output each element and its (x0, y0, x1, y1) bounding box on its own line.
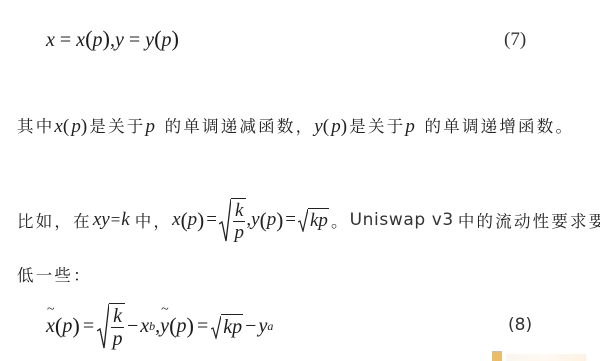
text: 比如，在 (17, 208, 92, 232)
radical-icon (219, 198, 231, 242)
paragraph-example: 比如，在 xy = k 中， x(p) = kp ,y(p) = kp 。 Un… (17, 198, 600, 242)
sqrt-fraction: kp (219, 198, 246, 242)
equals-sign: = (60, 29, 71, 51)
arg-p: p (62, 315, 72, 338)
func-y: y (145, 29, 154, 51)
func-y-tilde: y (160, 315, 169, 338)
equals-sign: = (111, 210, 121, 230)
arg-p: p (71, 116, 81, 137)
numerator: k (111, 306, 124, 328)
var-xy: xy (93, 209, 110, 231)
text: 是关于 (349, 117, 405, 136)
paragraph-lower: 低一些： (17, 262, 92, 286)
arg-p: p (331, 116, 341, 137)
var-k: k (121, 209, 129, 231)
text: 的单调递减函数， (165, 117, 315, 136)
arg-p: p (188, 209, 198, 231)
arg-p: p (162, 29, 172, 51)
radicand: kp (221, 314, 243, 339)
arg-p: p (93, 29, 103, 51)
arg-p: p (177, 315, 187, 338)
minus-sign: − (127, 315, 138, 338)
numerator: k (233, 201, 245, 222)
equation-number-7: (7) (504, 29, 526, 51)
func-x: x (172, 209, 180, 231)
var-y: y (115, 29, 124, 51)
text: 是关于 (89, 117, 145, 136)
equals-sign: = (285, 209, 296, 231)
var-x: x (140, 315, 149, 338)
equals-sign: = (197, 315, 208, 338)
text: 中， (135, 208, 172, 232)
var-p: p (405, 116, 417, 137)
denominator: p (111, 328, 124, 349)
func-y: y (314, 116, 322, 137)
watermark-logo-icon (492, 351, 502, 361)
func-y: y (251, 209, 259, 231)
radicand: kp (308, 208, 329, 232)
sqrt-fraction: kp (97, 303, 125, 349)
equation-7: x = x(p),y = y(p) (46, 26, 179, 52)
minus-sign: − (245, 315, 256, 338)
equation-number-8: (8) (508, 315, 532, 335)
equation-8: x(p) = kp −xb,y(p) = kp −ya (46, 303, 273, 349)
func-x-tilde: x (46, 315, 55, 338)
equals-sign: = (206, 209, 217, 231)
func-x: x (54, 116, 62, 137)
radical-icon (211, 315, 221, 339)
sqrt-kp: kp (298, 208, 329, 232)
text: 的单调递增函数。 (425, 117, 575, 136)
text: 中的流动性要求要 (458, 208, 600, 232)
formula-inline: x(p) = kp ,y(p) = kp (172, 198, 329, 242)
var-p: p (146, 116, 158, 137)
func-x: x (76, 29, 85, 51)
watermark-strip (506, 354, 586, 361)
equals-sign: = (129, 29, 140, 51)
subscript-a: a (267, 319, 273, 334)
var-x: x (46, 29, 55, 51)
equals-sign: = (83, 315, 94, 338)
sqrt-kp: kp (211, 314, 243, 339)
paragraph-monotonic: 其中x(p)是关于p 的单调递减函数，y(p)是关于p 的单调递增函数。 (17, 113, 574, 138)
text: 其中 (17, 117, 54, 136)
var-y: y (258, 315, 267, 338)
radical-icon (97, 303, 109, 349)
uniswap-v3-label: Uniswap v3 (350, 210, 454, 230)
text: 。 (331, 208, 350, 232)
denominator: p (233, 222, 245, 242)
arg-p: p (267, 209, 277, 231)
radical-icon (298, 208, 308, 232)
